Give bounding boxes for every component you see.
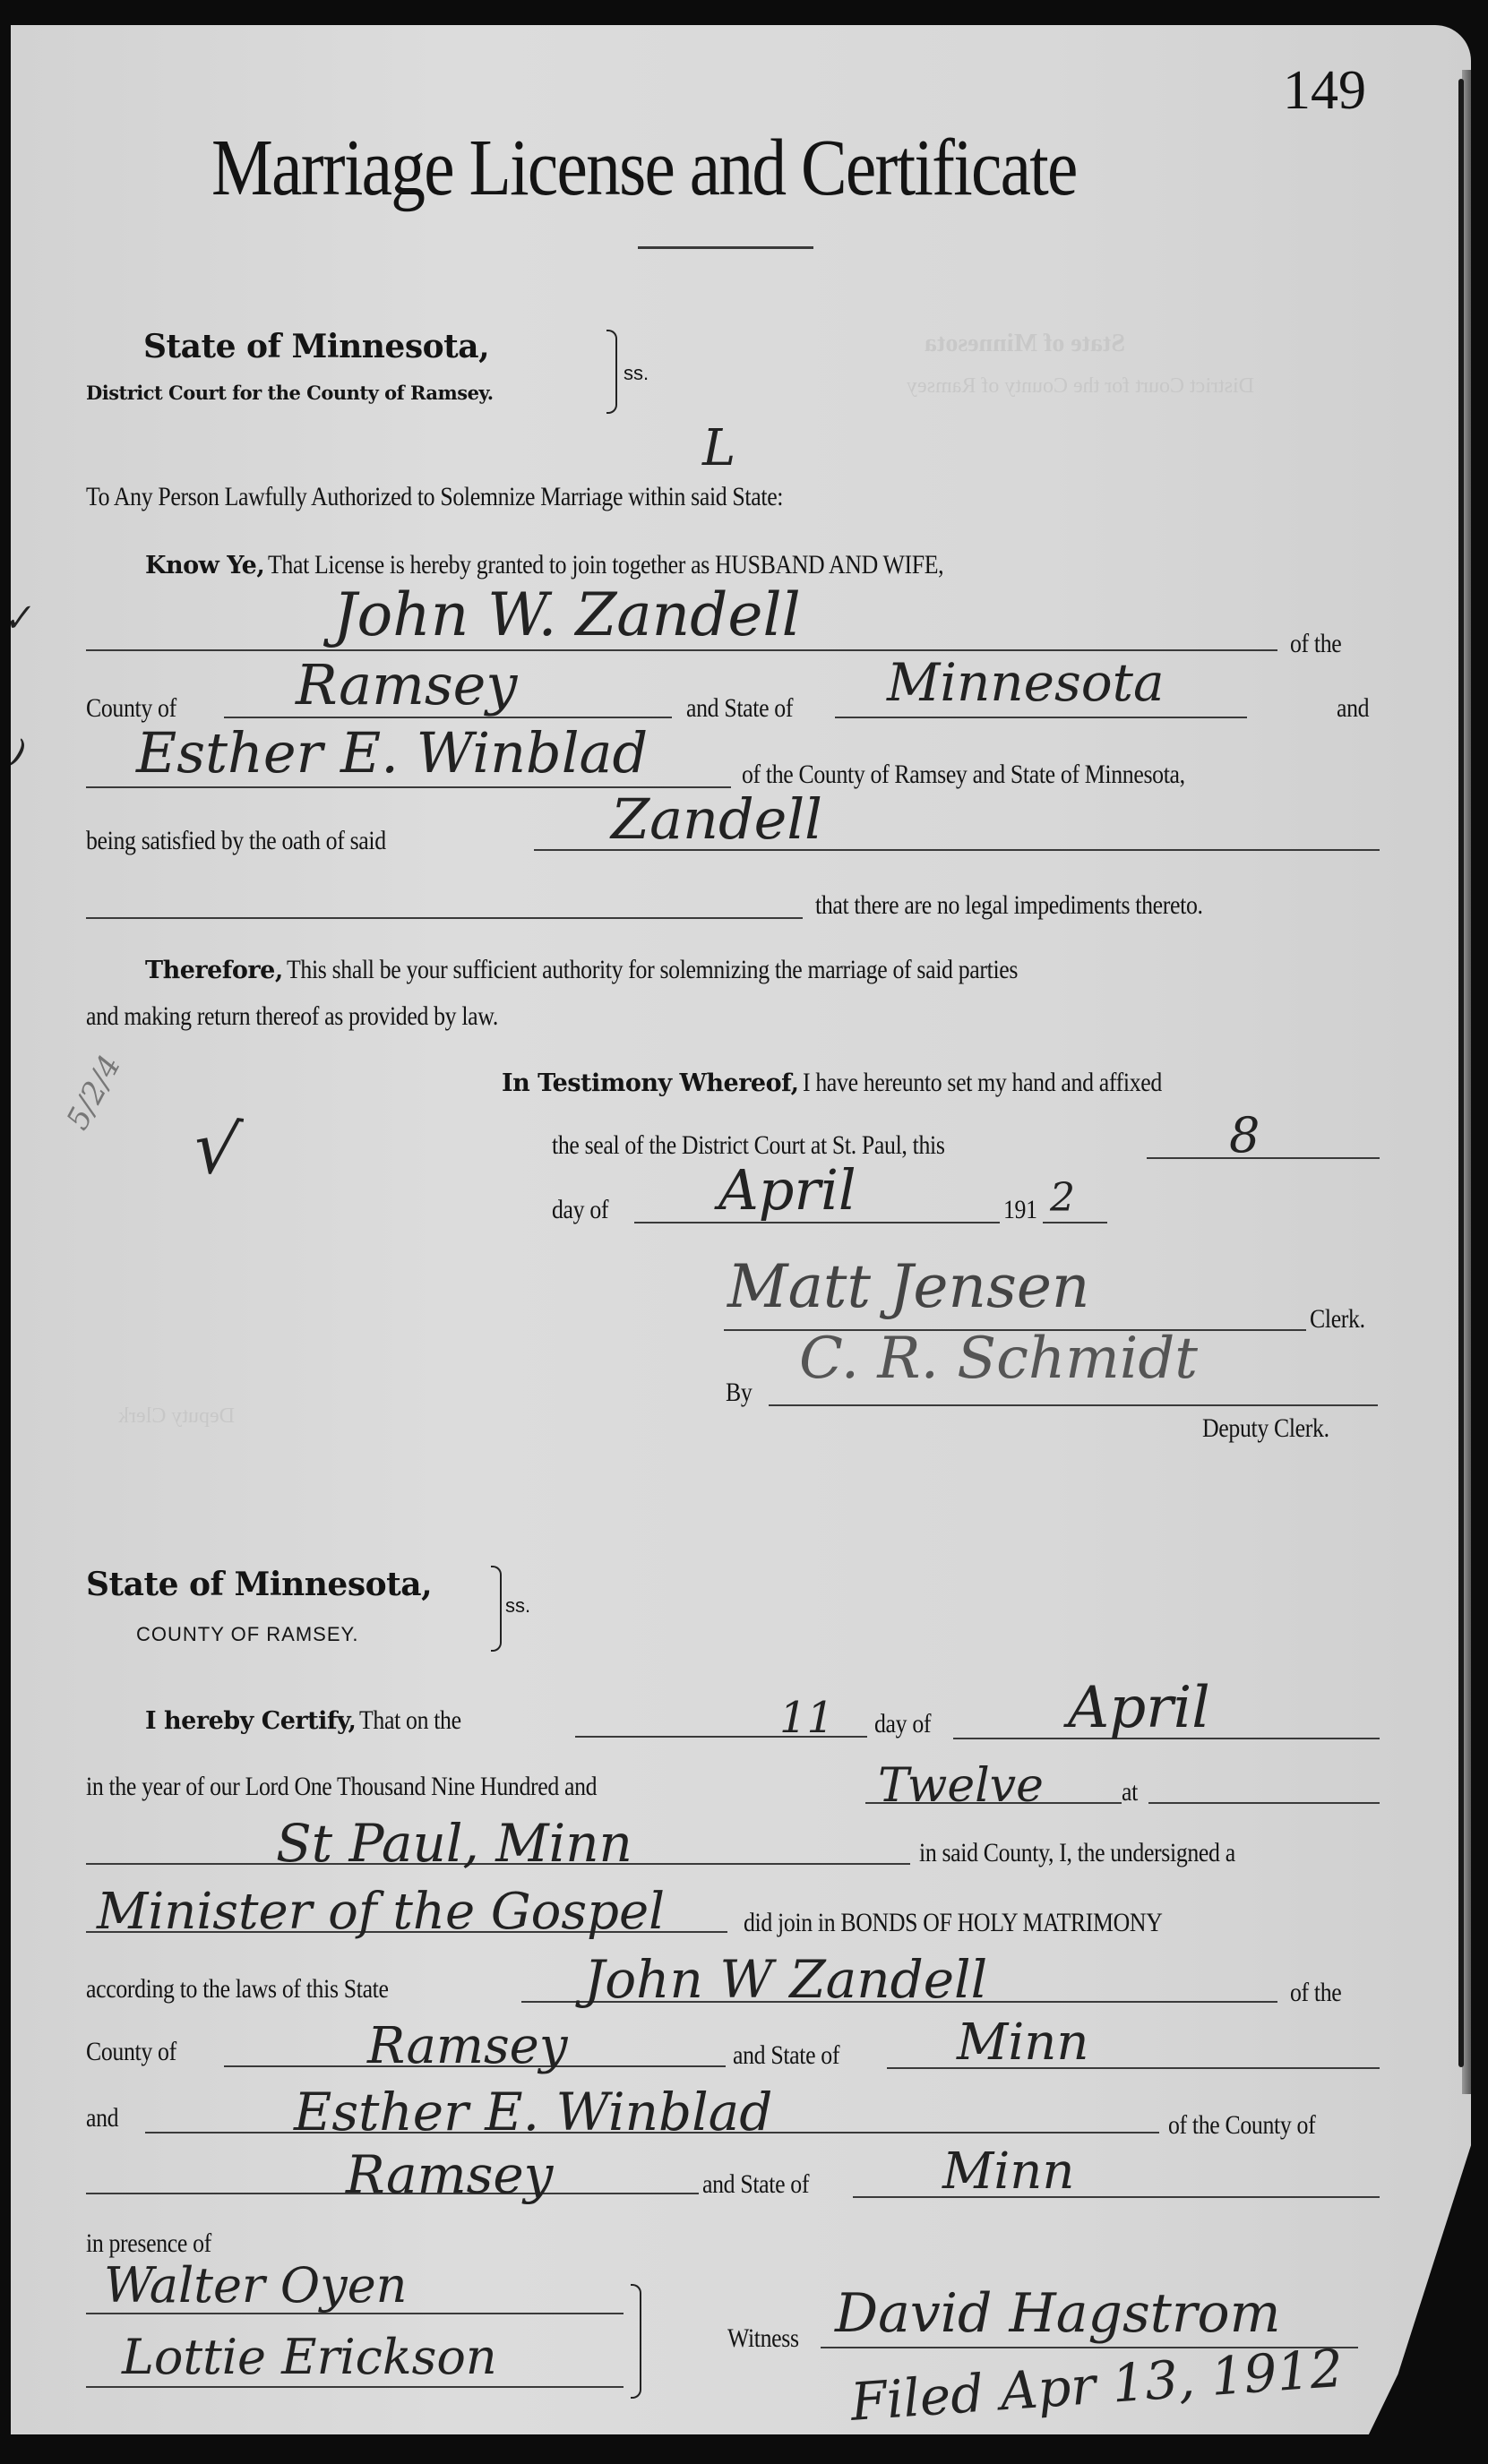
therefore-text-continued: and making return thereof as provided by… [86,1001,498,1032]
undersigned-text: in said County, I, the undersigned a [919,1838,1235,1868]
bride-name-field: Esther E. Winblad [136,720,648,786]
and-label: and [1337,693,1369,724]
bleed-through-text: District Court for the County of Ramsey [907,374,1254,399]
marriage-month-field: April [1068,1675,1210,1741]
and-state-of-label: and State of [686,693,793,724]
bleed-through-text: State of Minnesota [925,330,1125,358]
testimony-lead: In Testimony Whereof, [502,1069,799,1097]
deputy-signature-line [769,1404,1378,1406]
impediments-text: that there are no legal impediments ther… [815,890,1203,921]
certify-line: I hereby Certify, That on the [145,1705,478,1736]
certificate-venue-state: State of Minnesota, [86,1566,432,1603]
margin-checkmark: √ [188,1104,245,1193]
venue-brace [491,1566,502,1652]
bride-residence-text: of the County of Ramsey and State of Min… [742,760,1185,790]
therefore-lead: Therefore, [145,957,283,984]
witness-1-field: Walter Oyen [104,2257,407,2314]
witness-2-field-line [86,2386,624,2388]
therefore-line: Therefore, This shall be your sufficient… [145,955,1137,985]
groom-name-field-line [86,649,1277,651]
marriage-year-field: Twelve [878,1759,1044,1813]
address-line: To Any Person Lawfully Authorized to Sol… [86,482,783,512]
witness-2-field: Lottie Erickson [122,2329,497,2385]
place-field: St Paul, Minn [276,1813,632,1874]
and-state-of-label: and State of [733,2040,839,2071]
know-ye-line: Know Ye, That License is hereby granted … [145,550,1054,580]
cert-bride-state-field: Minn [942,2142,1074,2201]
cert-bride-county-field: Ramsey [346,2144,553,2205]
of-county-of-label: of the County of [1168,2110,1315,2141]
certificate-page: State of Minnesota District Court for th… [11,25,1471,2434]
groom-county-field: Ramsey [296,652,517,717]
certificate-venue-ss: ss. [505,1594,530,1618]
deputy-signature: C. R. Schmidt [799,1326,1198,1392]
seal-text: the seal of the District Court at St. Pa… [552,1130,945,1161]
year-text: in the year of our Lord One Thousand Nin… [86,1772,597,1802]
witness-brace [631,2284,641,2399]
deputy-clerk-label: Deputy Clerk. [1202,1413,1329,1444]
cert-groom-name-field: John W Zandell [584,1949,987,2010]
page-number: 149 [1283,59,1366,123]
county-of-label: County of [86,693,176,724]
certify-lead: I hereby Certify, [145,1707,356,1735]
bleed-through-text: Deputy Clerk [118,1404,235,1429]
of-the-label: of the [1290,629,1341,659]
day-of-label: day of [552,1195,608,1225]
groom-state-field: Minnesota [887,652,1165,713]
and-label: and [86,2103,118,2133]
bonds-text: did join in BONDS OF HOLY MATRIMONY [744,1908,1162,1938]
clerk-signature: Matt Jensen [727,1252,1089,1321]
venue-brace [606,330,617,414]
county-of-label: County of [86,2037,176,2067]
cert-groom-state-field: Minn [957,2013,1088,2072]
officiant-signature: David Hagstrom [835,2282,1281,2345]
at-field-line [1148,1802,1380,1804]
margin-annotation: 5/2/4 [60,1050,129,1136]
issue-month-field: April [718,1157,856,1223]
handwritten-margin-mark: L [702,419,735,477]
oath-name-field: Zandell [611,786,822,852]
marriage-day-field: 11 [779,1693,834,1743]
margin-curl-mark: ) [4,732,30,776]
of-the-label: of the [1290,1978,1341,2008]
issue-day-field: 8 [1229,1107,1260,1163]
cert-bride-name-field: Esther E. Winblad [294,2082,772,2142]
by-label: By [726,1378,752,1408]
title-rule [638,246,813,249]
know-ye-lead: Know Ye, [145,552,264,580]
clerk-label: Clerk. [1310,1304,1365,1335]
testimony-text: I have hereunto set my hand and affixed [803,1068,1162,1098]
groom-state-field-line [835,717,1247,718]
page-edge-line [1458,79,1464,2067]
margin-tick-mark: ✓ [0,597,35,641]
document-title: Marriage License and Certificate [211,122,1077,214]
presence-label: in presence of [86,2228,211,2259]
license-venue-court: District Court for the County of Ramsey. [86,382,494,404]
year-prefix: 191 [1003,1195,1037,1225]
license-venue-ss: ss. [624,362,649,385]
day-of-label: day of [874,1709,931,1739]
cert-groom-county-field: Ramsey [367,2017,567,2075]
therefore-text: This shall be your sufficient authority … [287,955,1018,985]
officiant-title-field: Minister of the Gospel [97,1883,665,1941]
testimony-line: In Testimony Whereof, I have hereunto se… [502,1068,1220,1098]
witness-label: Witness [727,2323,799,2354]
issue-day-field-line [1147,1157,1380,1159]
at-label: at [1122,1777,1138,1807]
impediments-field-line [86,917,803,919]
and-state-of-label-2: and State of [702,2169,809,2200]
filed-note: Filed Apr 13, 1912 [848,2338,1345,2433]
know-ye-text: That License is hereby granted to join t… [268,550,943,580]
year-suffix-field: 2 [1050,1175,1075,1221]
cert-bride-state-field-line [853,2196,1380,2198]
oath-label: being satisfied by the oath of said [86,826,386,856]
year-suffix-field-line [1043,1222,1107,1223]
groom-name-field: John W. Zandell [333,580,801,649]
laws-text: according to the laws of this State [86,1974,389,2005]
certificate-venue-county: COUNTY OF RAMSEY. [136,1623,358,1646]
certify-text: That on the [359,1705,461,1736]
license-venue-state: State of Minnesota, [143,328,489,365]
